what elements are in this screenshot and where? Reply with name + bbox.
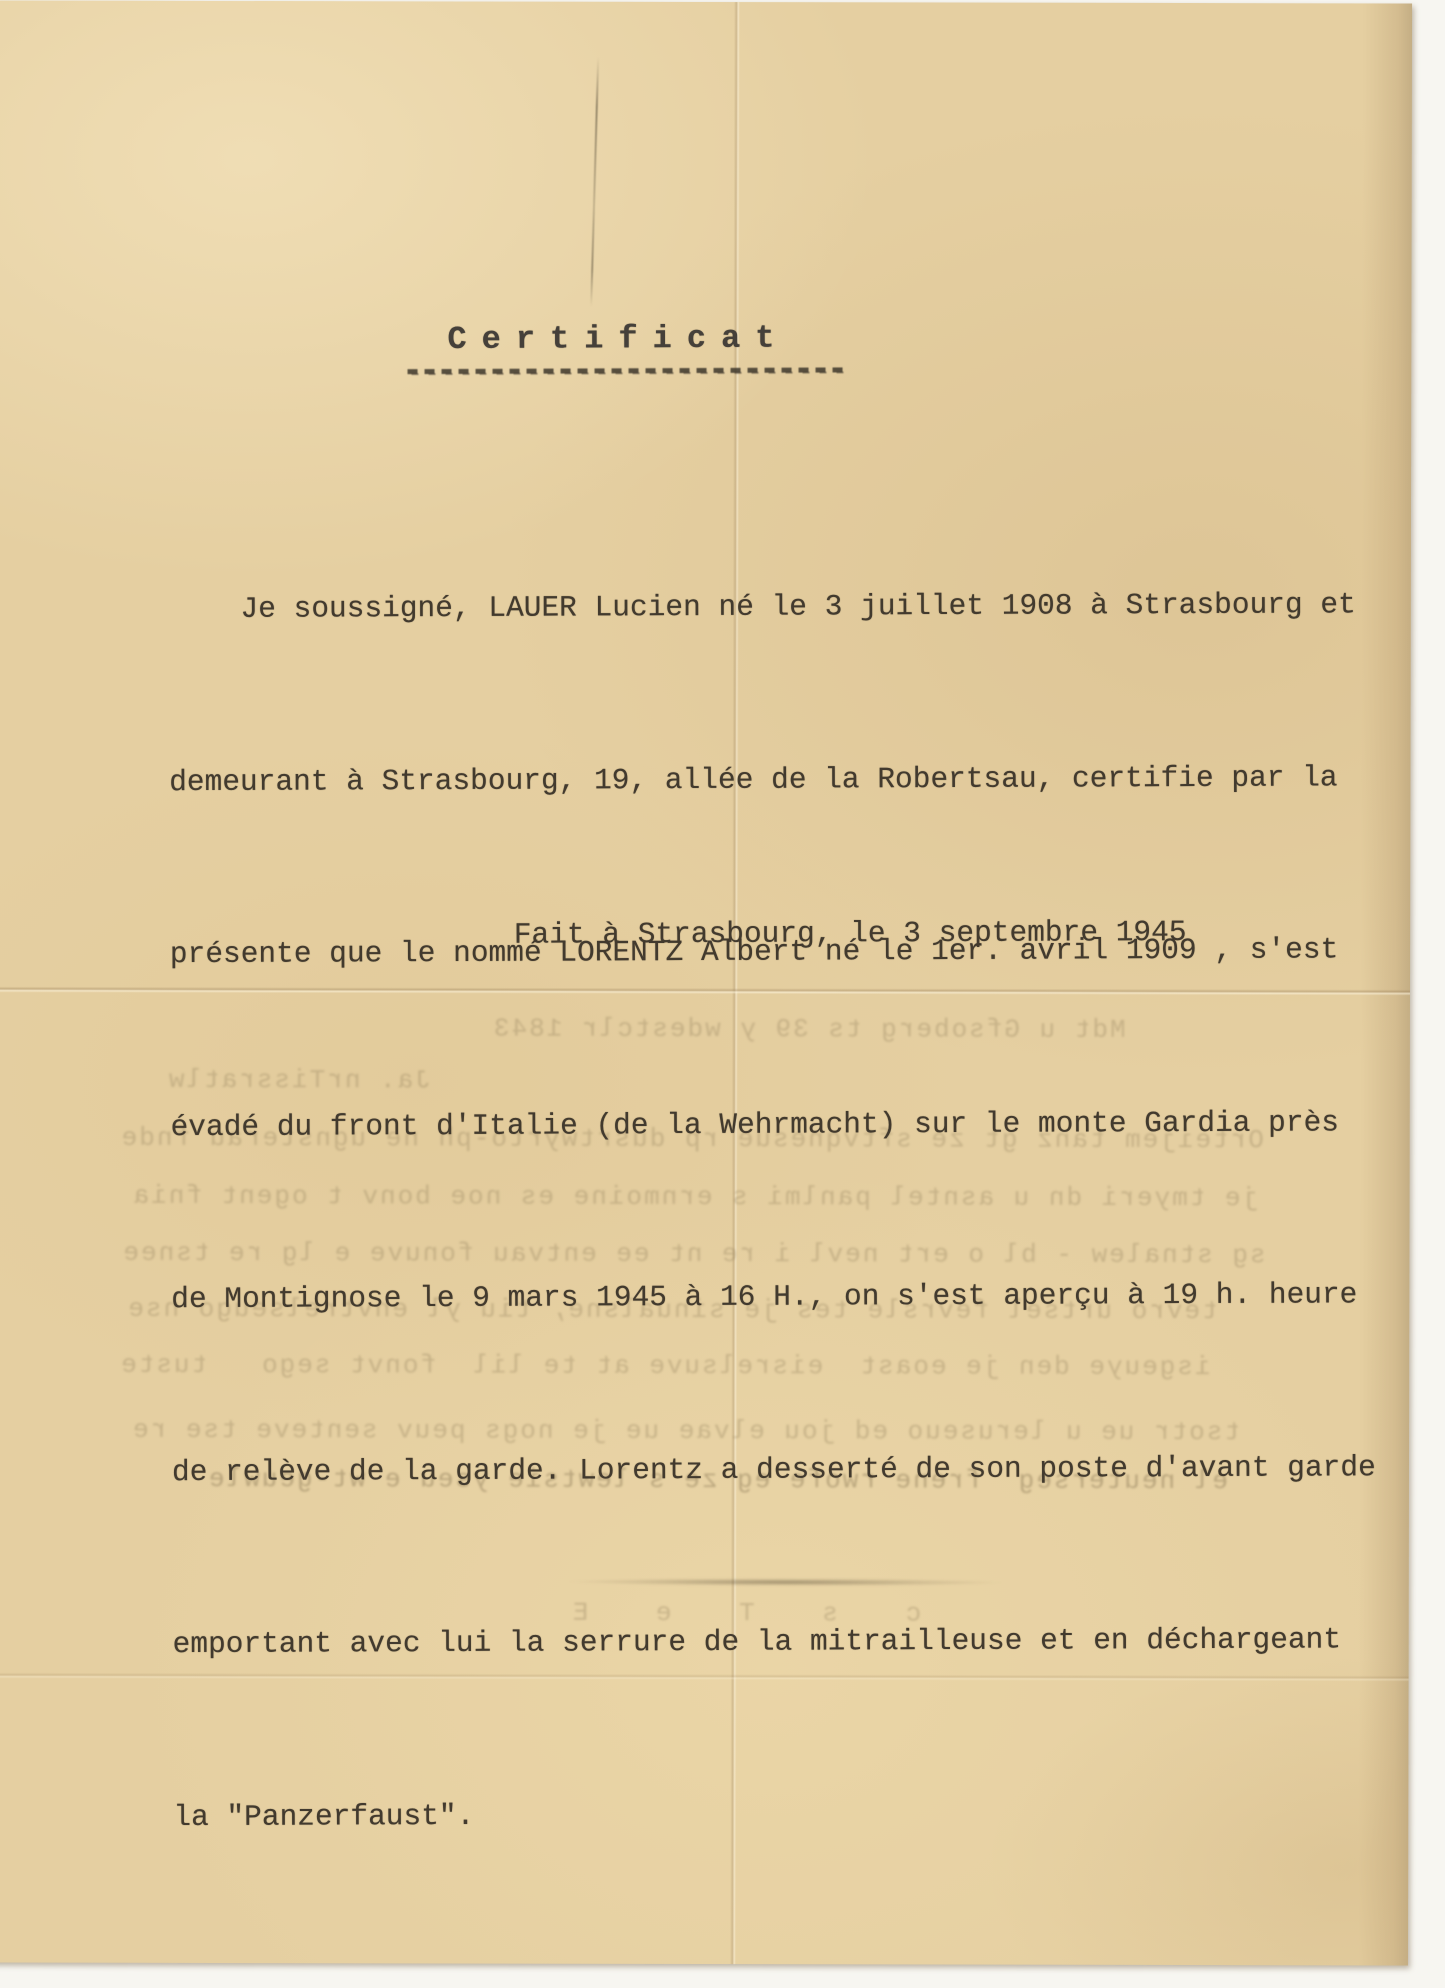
body-line: de Montignose le 9 mars 1945 à 16 H., on… <box>171 1266 1401 1328</box>
title-underline <box>408 367 848 374</box>
body-line: de relève de la garde. Lorentz a dessert… <box>172 1439 1402 1501</box>
scanned-document-page: Mdt u Gfsoberg ts 39 y wdestclr 1843 Ja.… <box>0 0 1445 1988</box>
body-line: la "Panzerfaust". <box>173 1784 1403 1846</box>
body-line: évadé du front d'Italie (de la Wehrmacht… <box>170 1094 1400 1156</box>
body-line: Je soussigné, LAUER Lucien né le 3 juill… <box>168 576 1398 638</box>
body-line: emportant avec lui la serrure de la mitr… <box>173 1611 1403 1673</box>
certificate-body: Je soussigné, LAUER Lucien né le 3 juill… <box>168 461 1404 1961</box>
body-line: demeurant à Strasbourg, 19, allée de la … <box>169 749 1399 811</box>
document-title: Certificat <box>447 320 789 358</box>
typed-text-layer: Certificat Je soussigné, LAUER Lucien né… <box>0 0 1414 1967</box>
paper-sheet: Mdt u Gfsoberg ts 39 y wdestclr 1843 Ja.… <box>0 1 1412 1966</box>
dateline: Fait à Strasbourg, le 3 septembre 1945 <box>514 915 1187 952</box>
